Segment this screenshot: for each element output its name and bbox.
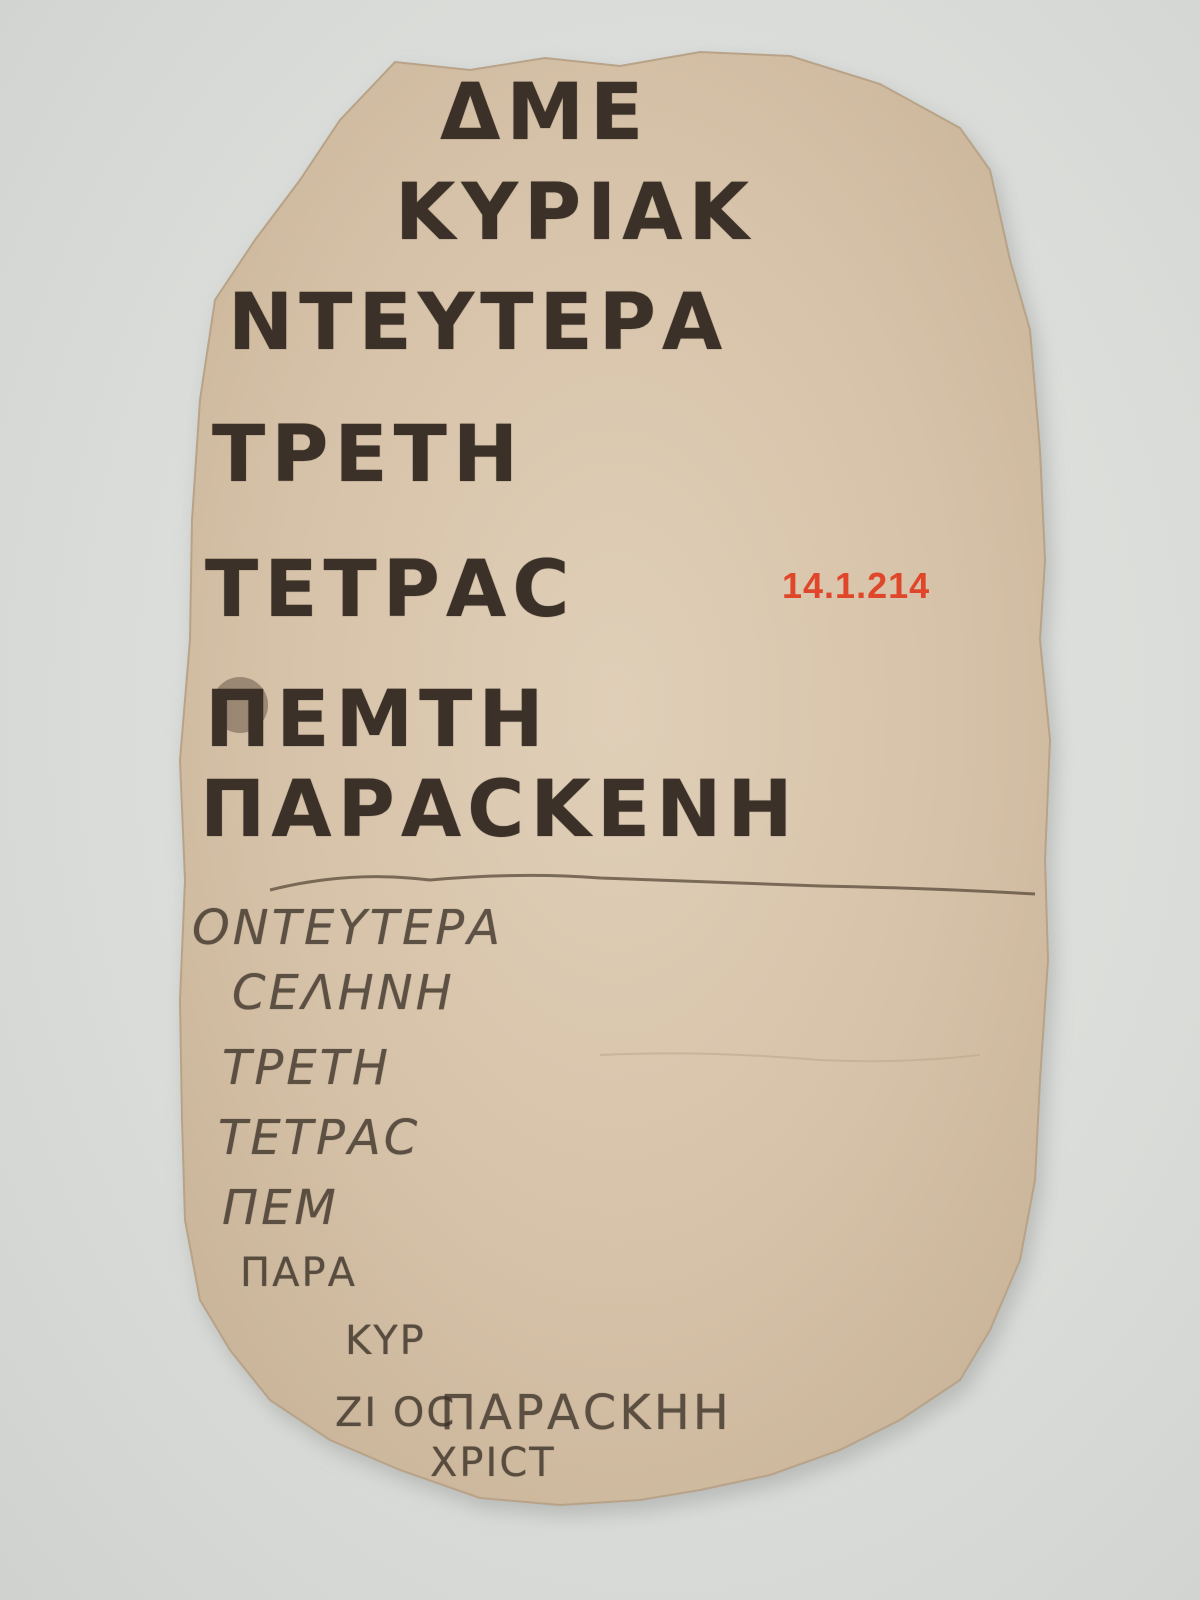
inscription-line-5: ΤΕΤΡΑC	[205, 545, 575, 635]
inscription-line-1: ΔΜΕ	[440, 68, 649, 158]
accession-number-label: 14.1.214	[782, 565, 930, 607]
bottom-inscription-line-1: ΠΑΡΑCΚΗΗ	[440, 1385, 732, 1441]
lower-inscription-line-6: ΠΑΡΑ	[240, 1250, 357, 1296]
bottom-inscription-line-2: ΧΡΙCΤ	[430, 1440, 556, 1486]
inscription-line-6: ΠΕΜΤΗ	[205, 675, 550, 765]
inscription-line-7: ΠΑΡΑCΚΕΝΗ	[200, 765, 799, 855]
lower-inscription-line-1: ΟΝΤΕΥΤΕΡΑ	[192, 900, 503, 956]
lower-inscription-line-2: CΕΛΗΝΗ	[232, 965, 455, 1021]
lower-inscription-line-4: ΤΕΤΡΑC	[218, 1110, 420, 1166]
lower-inscription-line-3: ΤΡΕΤΗ	[222, 1040, 391, 1096]
inscription-line-4: ΤΡΕΤΗ	[212, 410, 524, 500]
inscription-line-3: ΝΤΕΥΤΕΡΑ	[228, 278, 728, 368]
lower-inscription-line-8: ΖΙ ΟC	[335, 1390, 456, 1436]
photo-scene: ΔΜΕ ΚΥΡΙΑΚ ΝΤΕΥΤΕΡΑ ΤΡΕΤΗ ΤΕΤΡΑC ΠΕΜΤΗ Π…	[0, 0, 1200, 1600]
inscription-line-2: ΚΥΡΙΑΚ	[395, 168, 755, 258]
lower-inscription-line-5: ΠΕΜ	[222, 1180, 339, 1236]
lower-inscription-line-7: ΚΥΡ	[345, 1318, 426, 1364]
